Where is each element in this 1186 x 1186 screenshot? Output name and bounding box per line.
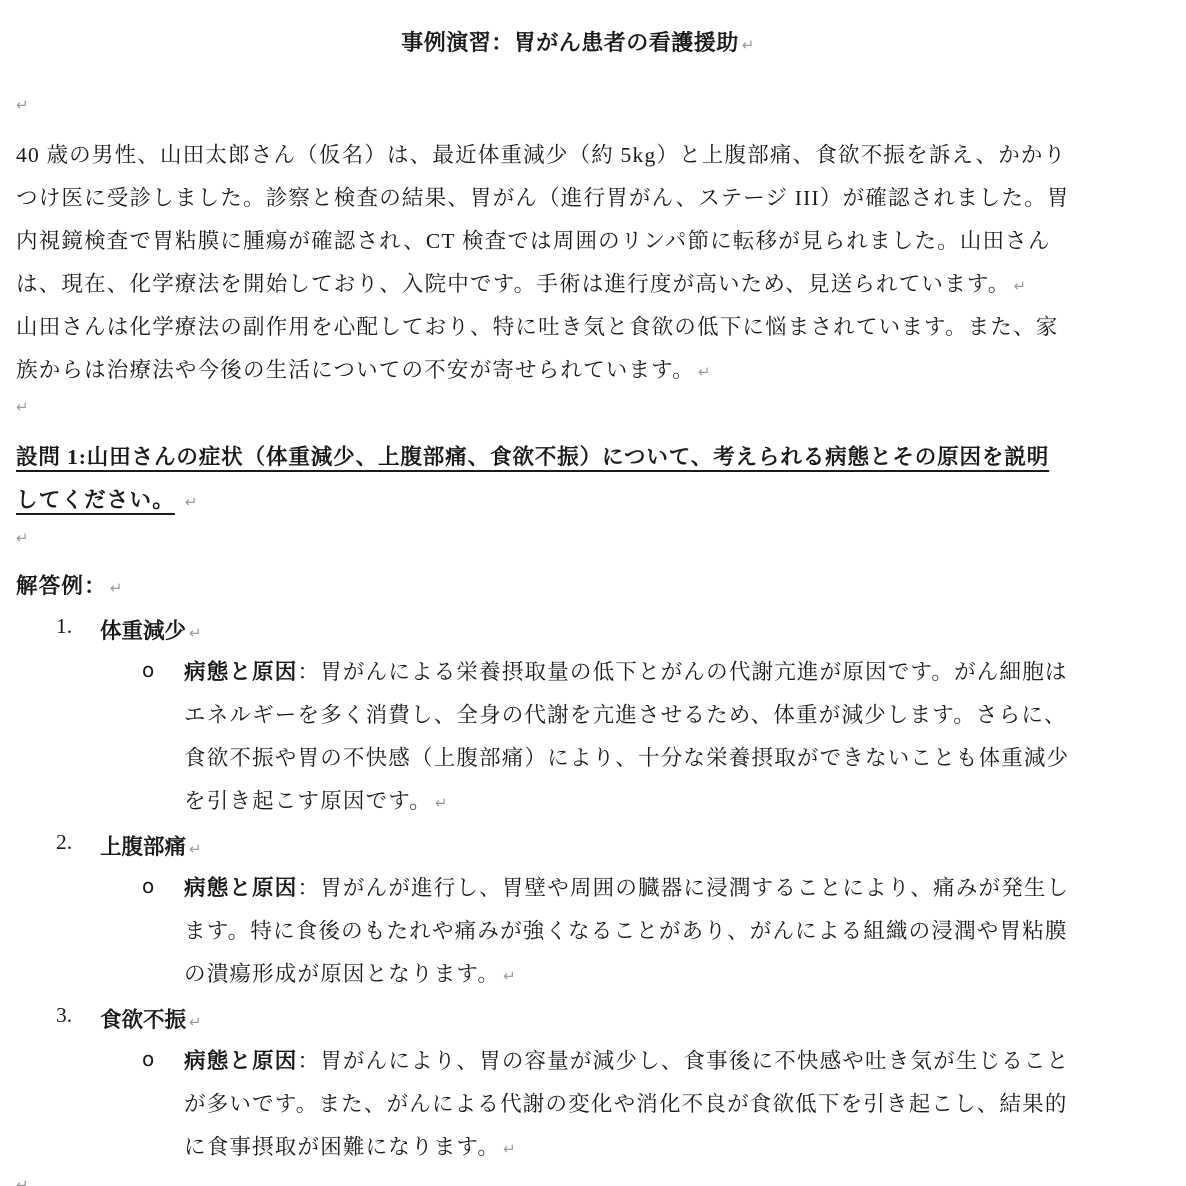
paragraph-mark: ↵ <box>110 579 124 597</box>
list-item-label: 食欲不振↵ <box>100 1003 202 1034</box>
paragraph-mark: ↵ <box>742 36 755 54</box>
detail-line: 病態と原因：胃がんによる栄養摂取量の低下とがんの代謝亢進が原因です。がん細胞は <box>184 655 1068 686</box>
paragraph-mark: ↵ <box>189 624 202 642</box>
detail-line: 病態と原因：胃がんが進行し、胃壁や周囲の臓器に浸潤することにより、痛みが発生し <box>184 871 1069 902</box>
case-text-line: つけ医に受診しました。診察と検査の結果、胃がん（進行胃がん、ステージ III）が… <box>16 181 1070 212</box>
paragraph-mark: ↵ <box>189 840 202 858</box>
detail-line: を引き起こす原因です。↵ <box>184 784 449 815</box>
bullet-circle-icon: o <box>142 1047 154 1071</box>
empty-paragraph-mark: ↵ <box>16 1176 29 1186</box>
detail-line: に食事摂取が困難になります。↵ <box>184 1130 517 1161</box>
bullet-circle-icon: o <box>142 874 154 898</box>
list-number: 1. <box>56 614 72 639</box>
list-number: 3. <box>56 1003 72 1028</box>
detail-line: 病態と原因：胃がんにより、胃の容量が減少し、食事後に不快感や吐き気が生じること <box>184 1044 1069 1075</box>
case-text-line: 内視鏡検査で胃粘膜に腫瘍が確認され、CT 検査では周囲のリンパ節に転移が見られま… <box>16 224 1051 255</box>
answer-heading: 解答例：↵ <box>16 569 124 600</box>
detail-line: 食欲不振や胃の不快感（上腹部痛）により、十分な栄養摂取ができないことも体重減少 <box>184 741 1069 772</box>
paragraph-mark: ↵ <box>185 493 199 511</box>
paragraph-mark: ↵ <box>435 794 449 812</box>
detail-line: ます。特に食後のもたれや痛みが強くなることがあり、がんによる組織の浸潤や胃粘膜 <box>184 914 1068 945</box>
case-text-line: 族からは治療法や今後の生活についての不安が寄せられています。↵ <box>16 353 712 384</box>
empty-paragraph-mark: ↵ <box>16 529 29 547</box>
detail-line: の潰瘍形成が原因となります。↵ <box>184 957 517 988</box>
case-text-line: 山田さんは化学療法の副作用を心配しており、特に吐き気と食欲の低下に悩まされていま… <box>16 310 1059 341</box>
list-item-label: 体重減少↵ <box>100 614 202 645</box>
question-line: 設問 1:山田さんの症状（体重減少、上腹部痛、食欲不振）について、考えられる病態… <box>16 440 1049 471</box>
paragraph-mark: ↵ <box>503 967 517 985</box>
empty-paragraph-mark: ↵ <box>16 96 29 114</box>
document-title: 事例演習：胃がん患者の看護援助↵ <box>0 26 1156 57</box>
question-line: してください。↵ <box>16 483 199 514</box>
list-item-label: 上腹部痛↵ <box>100 830 202 861</box>
bullet-circle-icon: o <box>142 658 154 682</box>
paragraph-mark: ↵ <box>503 1140 517 1158</box>
empty-paragraph-mark: ↵ <box>16 398 29 416</box>
paragraph-mark: ↵ <box>1014 277 1028 295</box>
case-text-line: 40 歳の男性、山田太郎さん（仮名）は、最近体重減少（約 5kg）と上腹部痛、食… <box>16 138 1066 169</box>
detail-line: エネルギーを多く消費し、全身の代謝を亢進させるため、体重が減少します。さらに、 <box>184 698 1067 729</box>
paragraph-mark: ↵ <box>698 363 712 381</box>
detail-line: が多いです。また、がんによる代謝の変化や消化不良が食欲低下を引き起こし、結果的 <box>184 1087 1068 1118</box>
paragraph-mark: ↵ <box>189 1013 202 1031</box>
list-number: 2. <box>56 830 72 855</box>
case-text-line: は、現在、化学療法を開始しており、入院中です。手術は進行度が高いため、見送られて… <box>16 267 1027 298</box>
